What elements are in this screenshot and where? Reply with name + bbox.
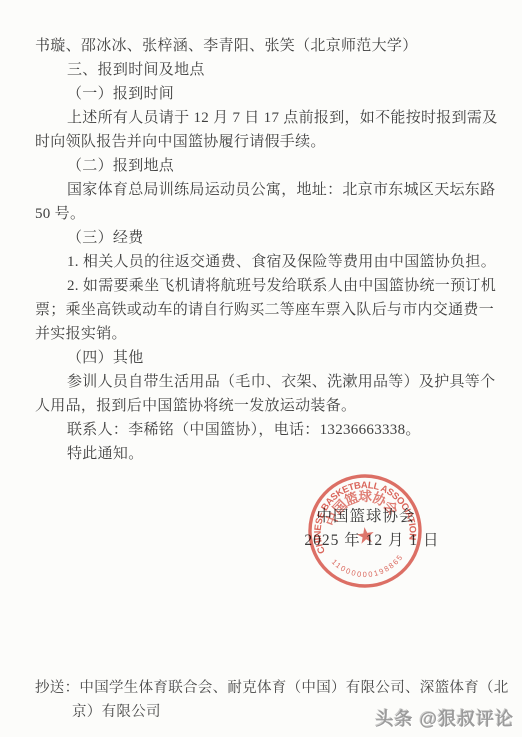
doc-line: 2. 如需要乘坐飞机请将航班号发给联系人由中国篮协统一预订机 [35, 274, 497, 298]
doc-line: 时向领队报告并向中国篮协履行请假手续。 [35, 130, 497, 154]
doc-line: 50 号。 [35, 202, 497, 226]
doc-subheading-report-place: （二）报到地点 [35, 154, 497, 178]
official-seal-graphic: CHINESE BASKETBALL ASSOCIATION 中国篮球协会 ★ … [278, 444, 452, 618]
doc-subheading-other: （四）其他 [35, 346, 497, 370]
doc-line: 1. 相关人员的往返交通费、食宿及保险等费用由中国篮协负担。 [35, 250, 497, 274]
doc-line: 并实报实销。 [35, 322, 497, 346]
doc-subheading-expenses: （三）经费 [35, 226, 497, 250]
doc-subheading-report-time: （一）报到时间 [35, 82, 497, 106]
doc-heading-section-3: 三、报到时间及地点 [35, 58, 497, 82]
seal-star-icon: ★ [354, 522, 377, 550]
doc-line: 参训人员自带生活用品（毛巾、衣架、洗漱用品等）及护具等个 [35, 370, 497, 394]
document-body: 书璇、邵冰冰、张梓涵、李青阳、张笑（北京师范大学） 三、报到时间及地点 （一）报… [35, 34, 497, 466]
doc-line: 票；乘坐高铁或动车的请自行购买二等座车票入队后与市内交通费一 [35, 298, 497, 322]
doc-line: 人用品，报到后中国篮协将统一发放运动装备。 [35, 394, 497, 418]
doc-line: 书璇、邵冰冰、张梓涵、李青阳、张笑（北京师范大学） [35, 34, 497, 58]
toutiao-watermark: 头条 @狠叔评论 [375, 705, 514, 731]
doc-contact-line: 联系人：李稀铭（中国篮协），电话：13236663338。 [35, 418, 497, 442]
doc-line: 上述所有人员请于 12 月 7 日 17 点前报到，如不能按时报到需及 [35, 106, 497, 130]
notice-document-page: 书璇、邵冰冰、张梓涵、李青阳、张笑（北京师范大学） 三、报到时间及地点 （一）报… [0, 0, 522, 737]
cc-line-1: 抄送：中国学生体育联合会、耐克体育（中国）有限公司、深篮体育（北 [35, 676, 505, 697]
official-seal: CHINESE BASKETBALL ASSOCIATION 中国篮球协会 ★ … [278, 444, 452, 618]
doc-line: 国家体育总局训练局运动员公寓，地址：北京市东城区天坛东路 [35, 178, 497, 202]
